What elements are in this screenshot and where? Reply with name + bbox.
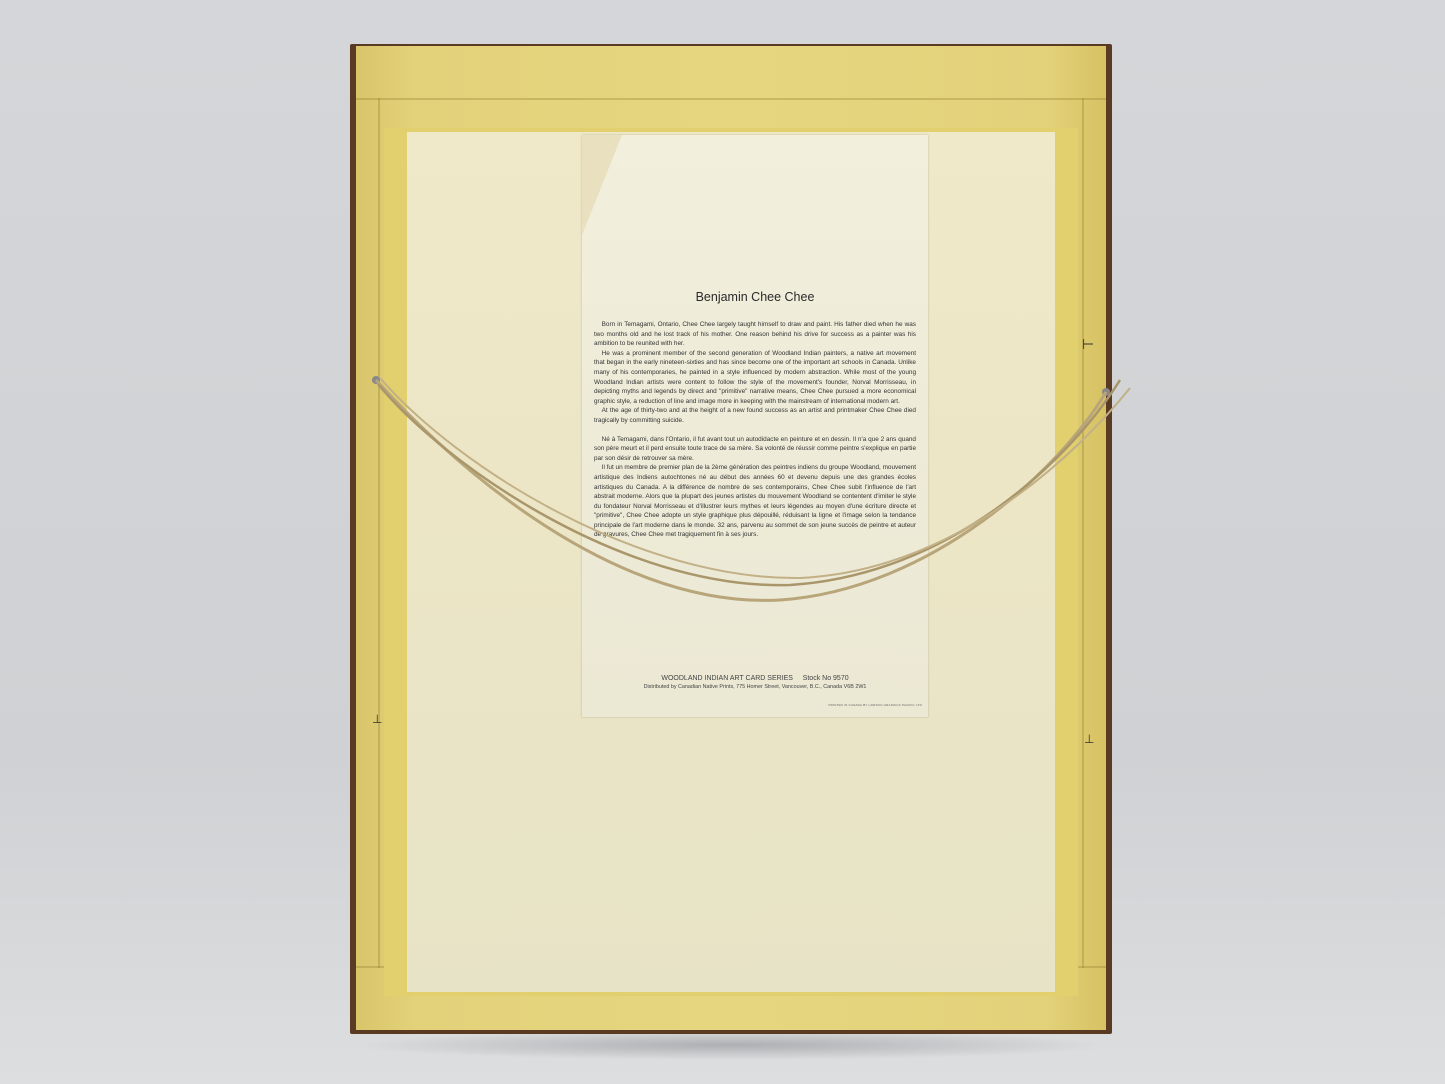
hanging-twine xyxy=(0,0,1445,1084)
